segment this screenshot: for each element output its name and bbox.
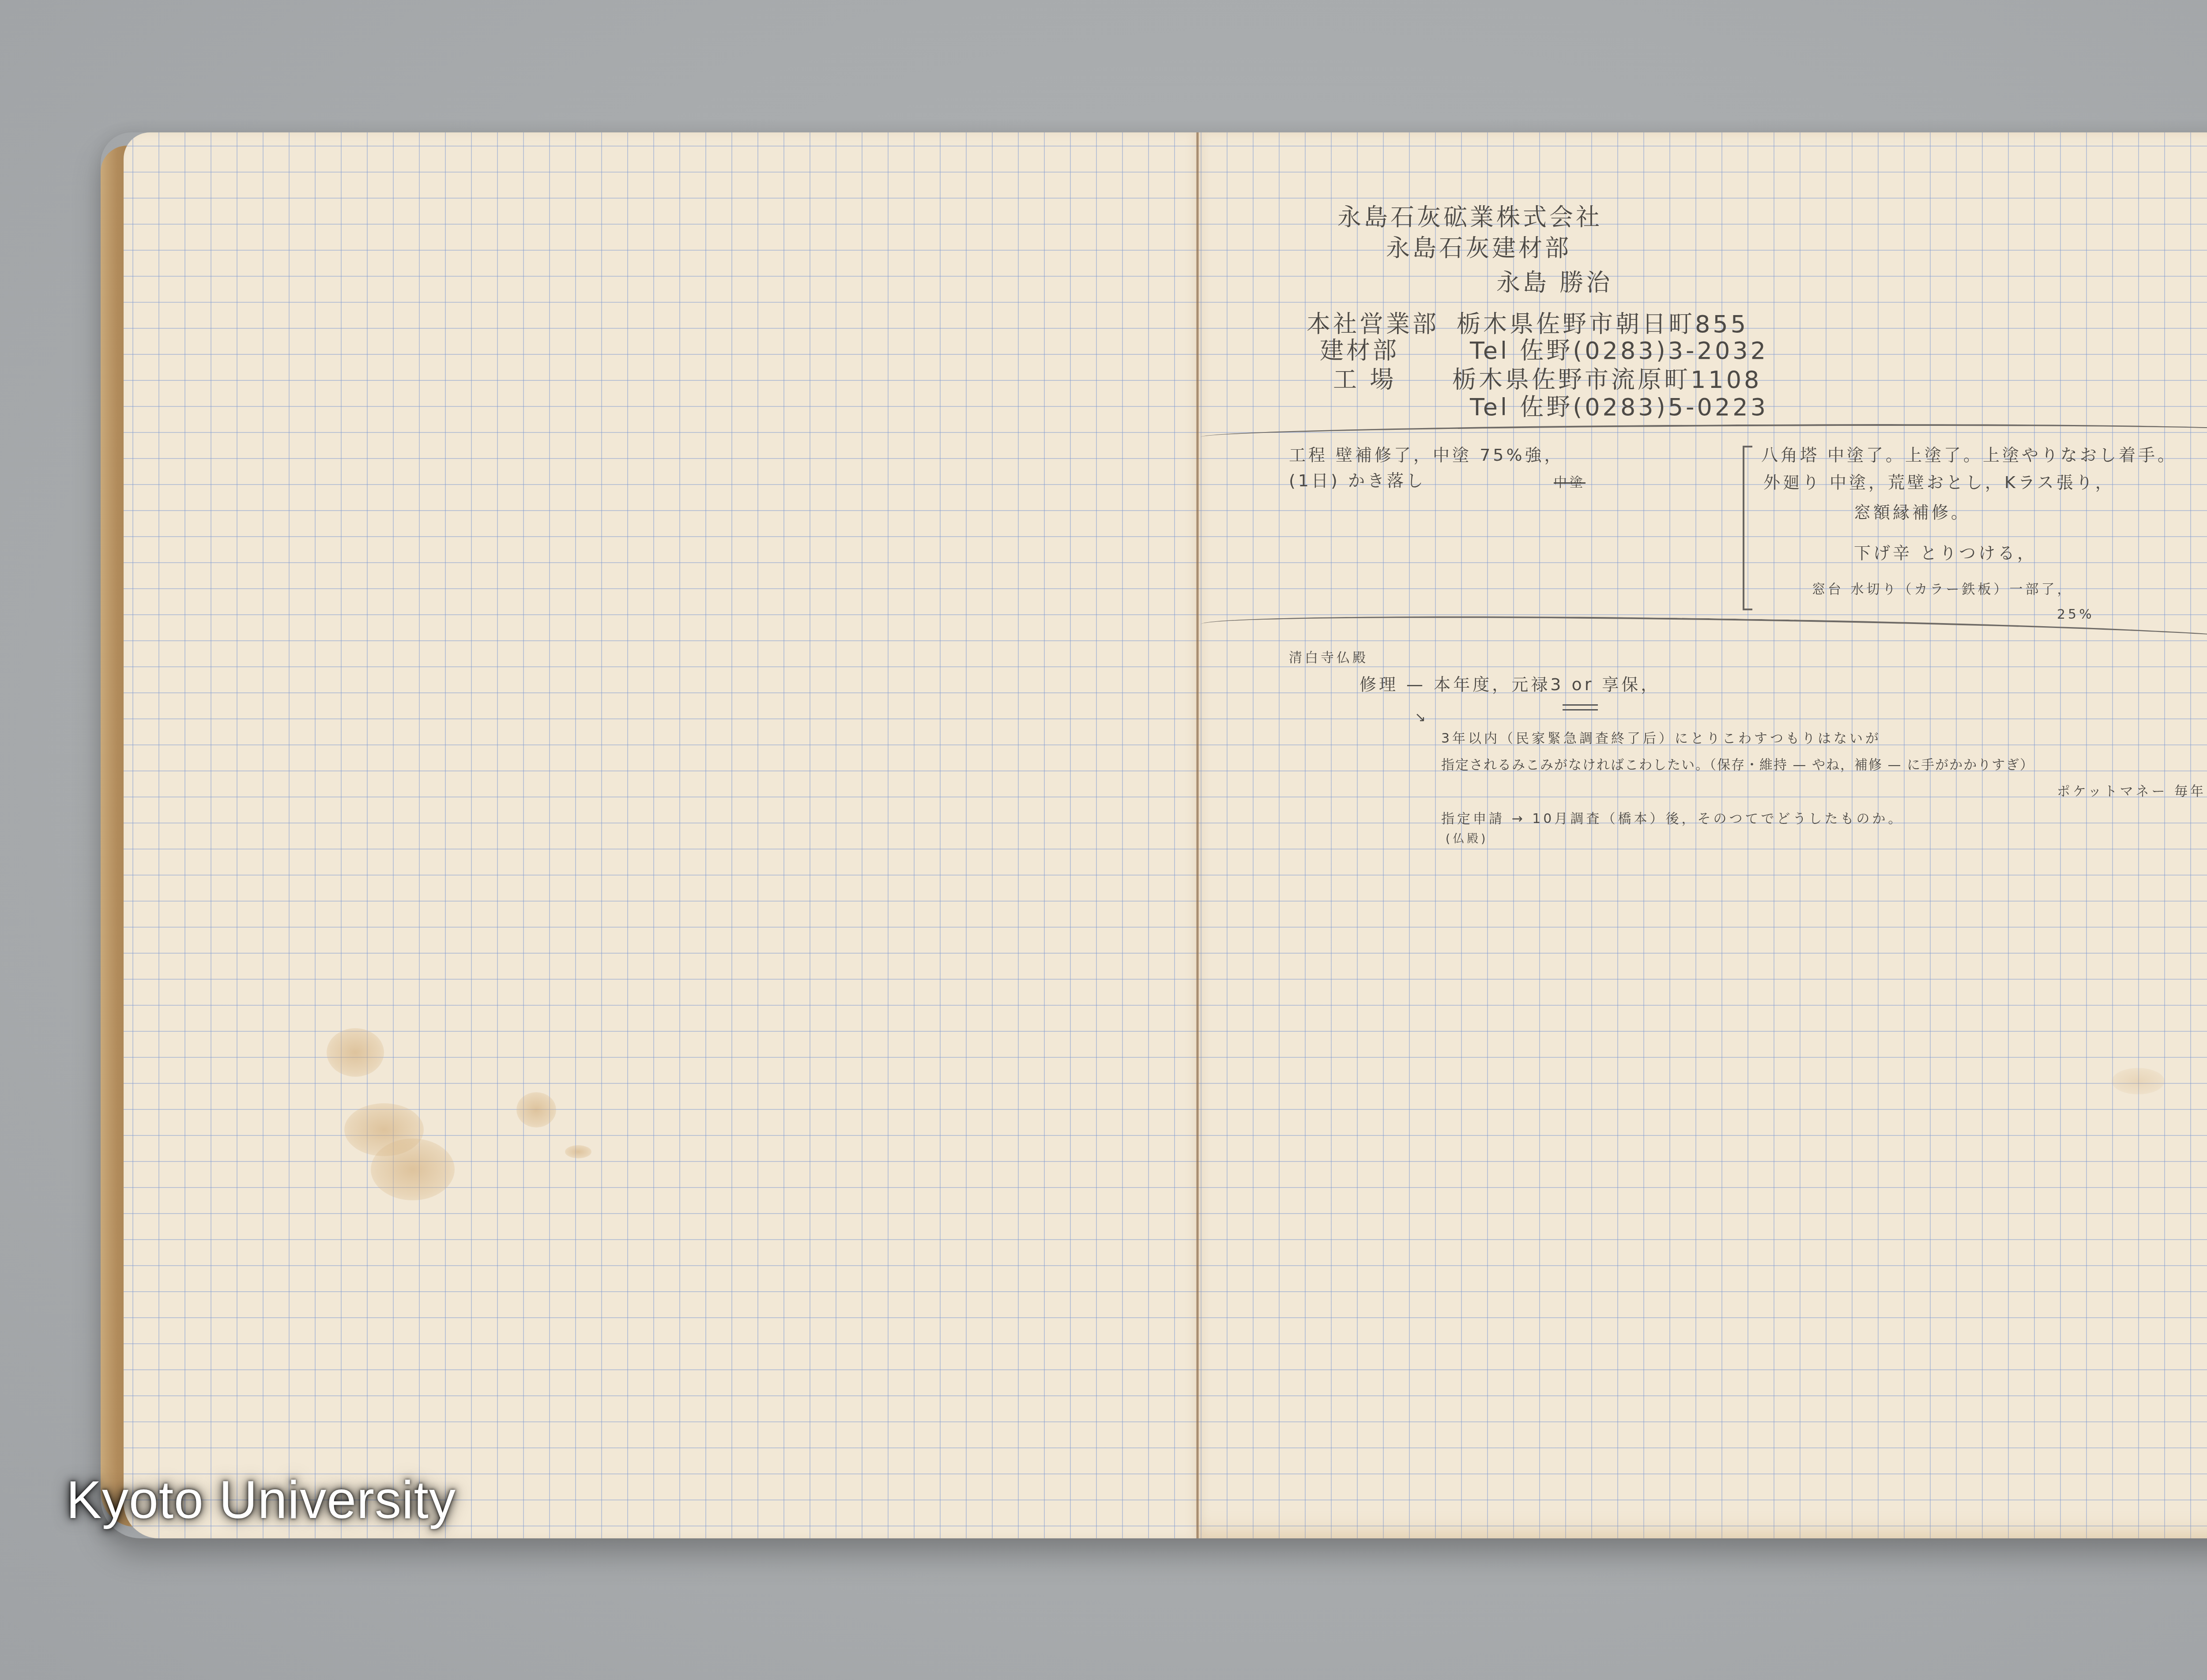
watermark: Kyoto University bbox=[66, 1470, 456, 1530]
address-value: Tel 佐野(0283)5-0223 bbox=[1470, 388, 1768, 422]
stain bbox=[327, 1028, 384, 1077]
work-line: (1日) かき落し bbox=[1289, 467, 1426, 491]
work-line: 工程 壁補修了，中塗 75%強， bbox=[1289, 441, 1564, 466]
stain bbox=[2112, 1068, 2165, 1094]
work-line: 下げ辛 とりつける， bbox=[1854, 539, 2037, 564]
stain bbox=[516, 1092, 556, 1128]
work-line: 八角塔 中塗了。上塗了。上塗やりなおし着手。 bbox=[1761, 441, 2177, 466]
address-label: 工 場 bbox=[1333, 361, 1396, 395]
work-line: 窓台 水切り（カラー鉄板）一部了， bbox=[1812, 578, 2073, 598]
note-line: 指定申請 → 10月調査（橋本）後，そのつてでどうしたものか。 bbox=[1441, 808, 1904, 827]
company-name: 永島石灰砿業株式会社 bbox=[1337, 199, 1602, 233]
division-name: 永島石灰建材部 bbox=[1386, 229, 1571, 263]
work-line: 窓額縁補修。 bbox=[1854, 499, 1970, 523]
note-line: 修理 — 本年度，元禄3 or 享保， bbox=[1360, 671, 1660, 695]
section-title: 清白寺仏殿 bbox=[1289, 646, 1368, 666]
person-name: 永島 勝治 bbox=[1496, 264, 1612, 298]
bracket bbox=[1743, 446, 1752, 610]
left-page bbox=[124, 132, 1198, 1538]
underline-mark bbox=[1563, 704, 1598, 710]
note-line: 指定されるみこみがなければこわしたい。（保存・維持 — やね，補修 — に手がか… bbox=[1441, 754, 2034, 773]
spine bbox=[1196, 132, 1199, 1538]
stain bbox=[565, 1145, 591, 1158]
stain bbox=[371, 1139, 455, 1200]
arrow-icon: ↘ bbox=[1415, 710, 1428, 725]
progress-note: 25% bbox=[2057, 607, 2094, 622]
crossed-note: 中塗 bbox=[1554, 471, 1586, 491]
notebook bbox=[101, 132, 2207, 1538]
work-line: 外廻り 中塗，荒壁おとし，Kラス張り， bbox=[1763, 469, 2115, 493]
note-aside: (仏殿) bbox=[1446, 830, 1488, 846]
note-line: ポケットマネー 毎年10万 bbox=[2057, 780, 2207, 800]
note-line: 3年以内（民家緊急調査終了后）にとりこわすつもりはないが bbox=[1441, 727, 1881, 747]
